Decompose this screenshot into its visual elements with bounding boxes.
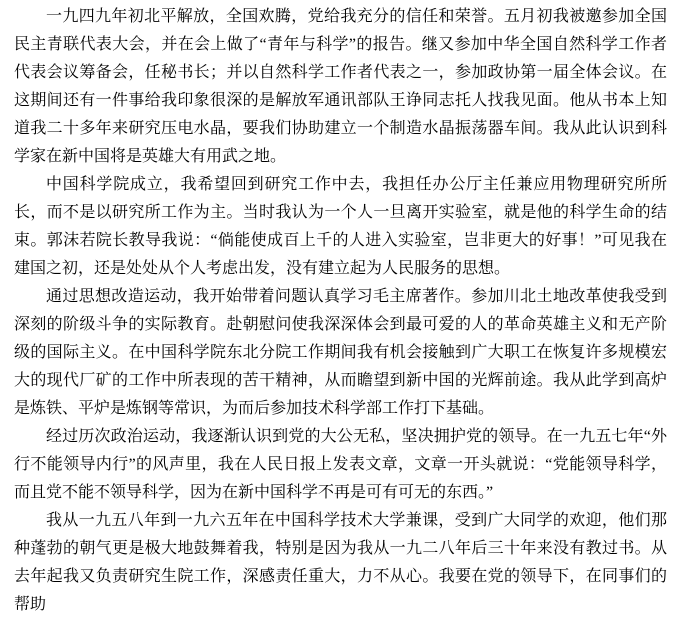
paragraph-1: 一九四九年初北平解放，全国欢腾，党给我充分的信任和荣誉。五月初我被邀参加全国民主… [14, 3, 667, 171]
paragraph-2: 中国科学院成立，我希望回到研究工作中去，我担任办公厅主任兼应用物理研究所所长，而… [14, 171, 667, 283]
paragraph-5: 我从一九五八年到一九六五年在中国科学技术大学兼课，受到广大同学的欢迎，他们那种蓬… [14, 507, 667, 619]
document-page: 一九四九年初北平解放，全国欢腾，党给我充分的信任和荣誉。五月初我被邀参加全国民主… [0, 0, 681, 635]
paragraph-3: 通过思想改造运动，我开始带着问题认真学习毛主席著作。参加川北土地改革使我受到深刻… [14, 283, 667, 423]
paragraph-4: 经过历次政治运动，我逐渐认识到党的大公无私，坚决拥护党的领导。在一九五七年“外行… [14, 423, 667, 507]
